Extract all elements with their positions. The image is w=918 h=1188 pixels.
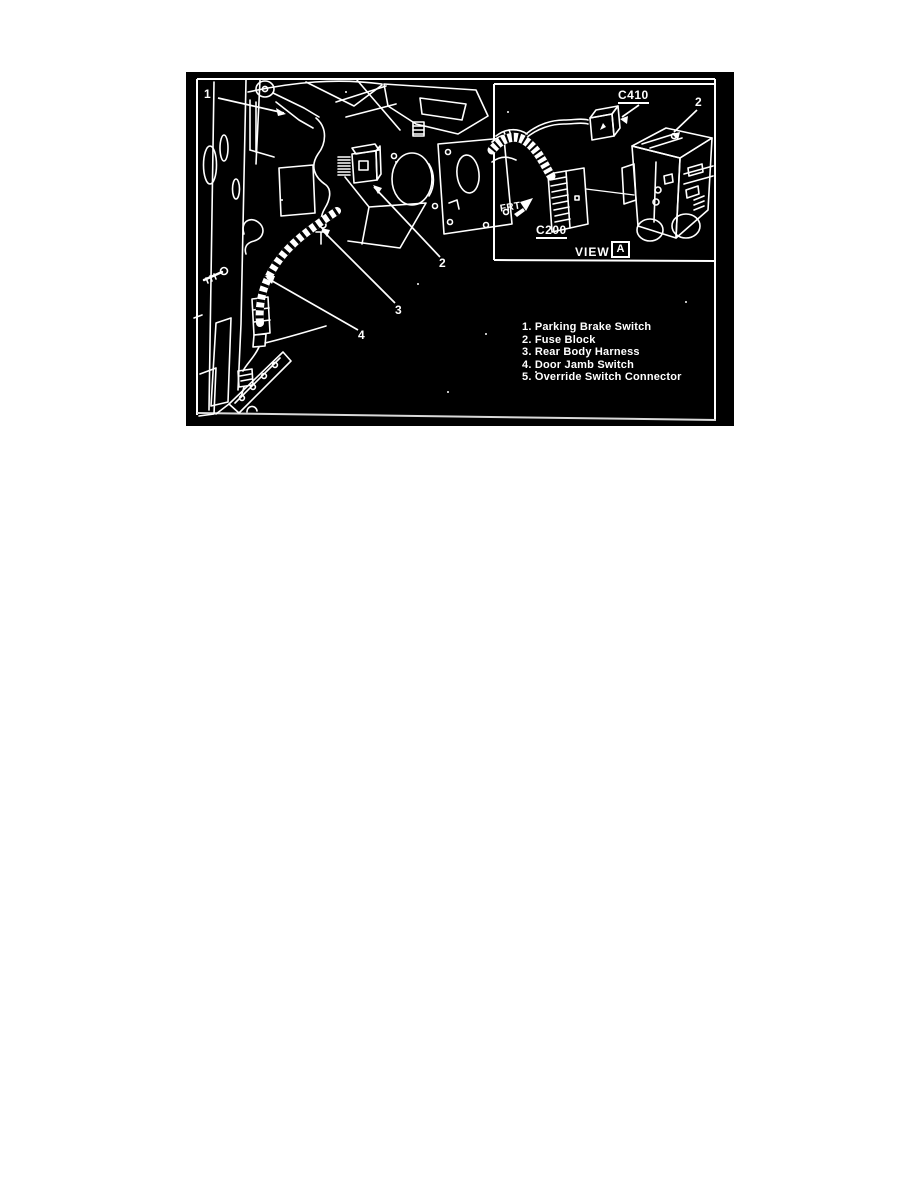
view-letter-box: A: [611, 241, 630, 258]
legend-item-1: 1. Parking Brake Switch: [522, 321, 682, 334]
view-letter: A: [617, 243, 625, 255]
connector-label-c410: C410: [618, 89, 649, 104]
view-label: VIEW: [575, 246, 610, 258]
legend-item-3: 3. Rear Body Harness: [522, 346, 682, 359]
legend-item-2: 2. Fuse Block: [522, 334, 682, 347]
connector-label-c200: C200: [536, 224, 567, 239]
callout-3: 3: [395, 304, 402, 316]
service-manual-figure: , 1 2 3 4 2 C410 C200 FRT VIEW A 1. Park…: [186, 72, 734, 426]
callout-4: 4: [358, 329, 365, 341]
legend: 1. Parking Brake Switch 2. Fuse Block 3.…: [522, 321, 682, 384]
page: { "figure": { "colors": { "page_backgrou…: [0, 0, 918, 1188]
callout-1: 1: [204, 88, 211, 100]
legend-item-4: 4. Door Jamb Switch: [522, 359, 682, 372]
callout-2: 2: [439, 257, 446, 269]
legend-item-5: 5. Override Switch Connector: [522, 371, 682, 384]
inset-callout-2: 2: [695, 96, 702, 108]
